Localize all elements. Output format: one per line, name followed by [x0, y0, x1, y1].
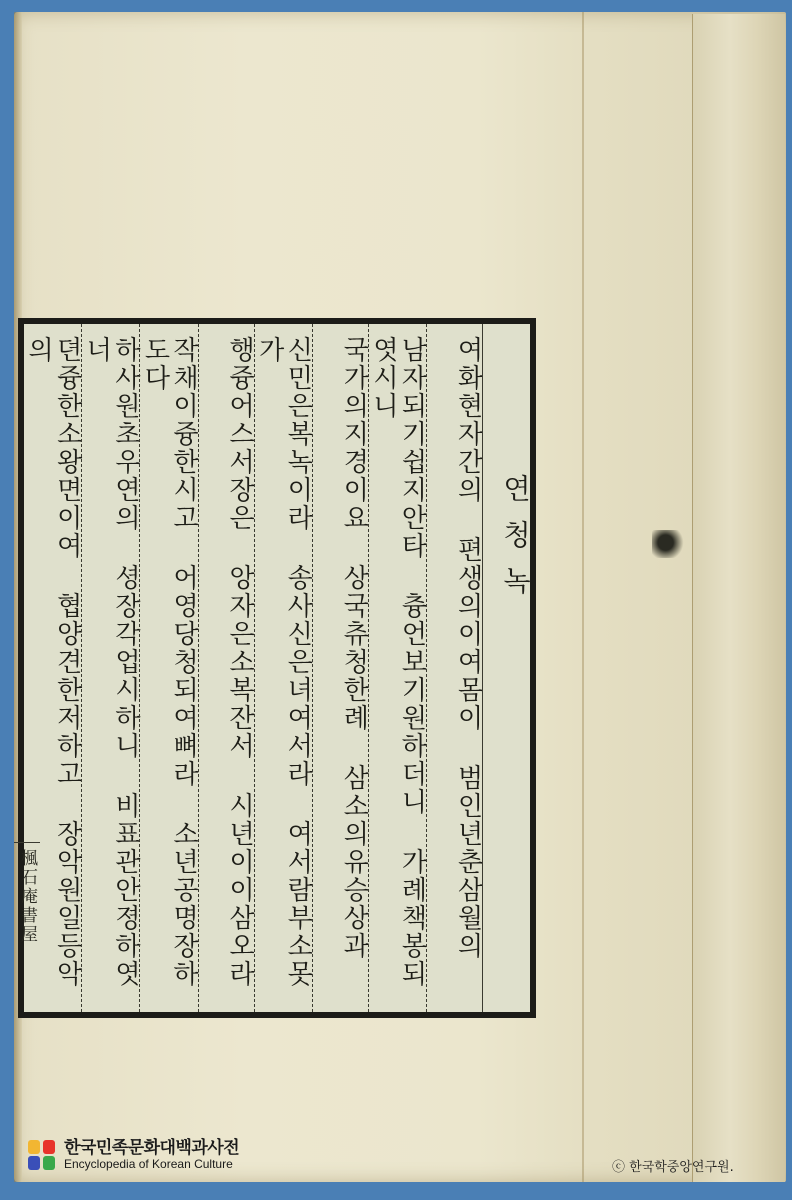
text-column-1: 여화현자간의 편생의이여몸이 범인년춘삼월의 [426, 324, 482, 1012]
text-frame: 연청녹 여화현자간의 편생의이여몸이 범인년춘삼월의 남자되기쉽지안타 츙언보기… [18, 318, 536, 1018]
logo-english-text: Encyclopedia of Korean Culture [64, 1158, 239, 1171]
text-column-3: 국가의지경이요 상국츄청한례 삼소의유승상과 [312, 324, 368, 1012]
logo-korean-text: 한국민족문화대백과사전 [64, 1140, 239, 1158]
text-columns: 연청녹 여화현자간의 편생의이여몸이 범인년춘삼월의 남자되기쉽지안타 츙언보기… [24, 324, 530, 1012]
ink-stain [652, 530, 686, 558]
text-column-5: 행즁어스서장은 앙자은소복잔서 시년이이삼오라 [198, 324, 254, 1012]
book-spine [692, 14, 785, 1182]
encyclopedia-logo[interactable]: 한국민족문화대백과사전 Encyclopedia of Korean Cultu… [28, 1138, 239, 1172]
title-column: 연청녹 [482, 324, 530, 1012]
logo-mark-icon [28, 1138, 58, 1172]
margin-publisher-label: 楓石庵書屋 [14, 842, 40, 999]
text-column-2: 남자되기쉽지안타 츙언보기원하더니 가례책봉되엿시니 [368, 324, 426, 1012]
fold-line [582, 12, 584, 1182]
text-column-6: 작채이즁한시고 어영당청되여뼈라 소년공명장하도다 [139, 324, 197, 1012]
text-column-4: 신민은복녹이라 송사신은녀여서라 여서람부소못가 [254, 324, 312, 1012]
text-column-7: 하사원초우연의 셩장각업시하니 비표관안졍하엿너 [81, 324, 139, 1012]
copyright-notice: ⓒ 한국학중앙연구원. [612, 1156, 734, 1175]
